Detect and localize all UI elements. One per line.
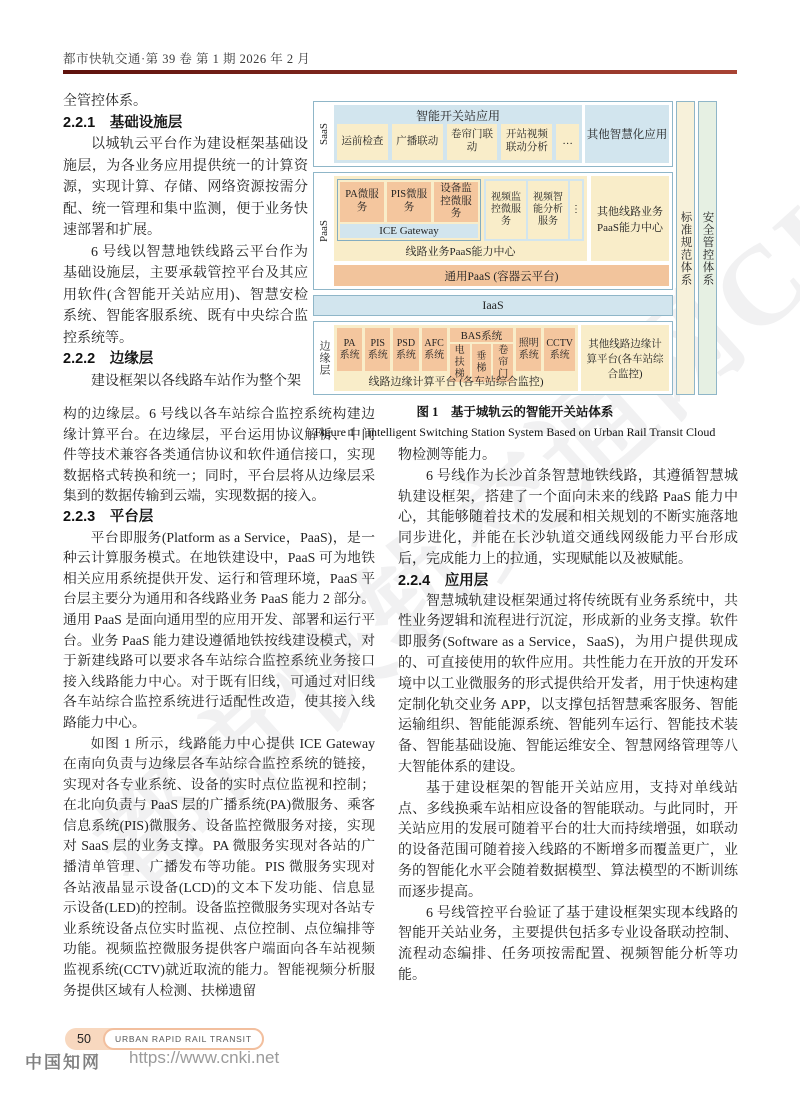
figure-diagram: SaaS 智能开关站应用 运前检查 广播联动 卷帘门联动 开站视频联动分析 … … [313, 101, 717, 395]
left-column-upper: 全管控体系。 2.2.1 基础设施层 以城轨云平台作为建设框架基础设施层，为各业… [63, 91, 308, 392]
saas-layer-label: SaaS [317, 105, 331, 163]
app-chip-video-analysis: 开站视频联动分析 [501, 124, 552, 160]
paragraph: 物检测等能力。 [398, 446, 738, 467]
video-analysis-service-chip: 视频智能分析服务 [528, 181, 568, 239]
standard-spec-text: 标准规范体系 [678, 211, 694, 286]
page-number-badge: 50 URBAN RAPID RAIL TRANSIT [65, 1028, 264, 1050]
paragraph: 基于建设框架的智能开关站应用，支持对单线站点、多线换乘车站相应设备的智能联动。与… [398, 779, 738, 904]
app-chip-shutter-linkage: 卷帘门联动 [447, 124, 498, 160]
microservice-chips: PA微服务 PIS微服务 设备监控微服务 [340, 182, 478, 222]
switching-station-app-group: 智能开关站应用 运前检查 广播联动 卷帘门联动 开站视频联动分析 … [334, 105, 582, 163]
figure-caption-en: Figure 1 Intelligent Switching Station S… [313, 423, 717, 440]
paas-layer-box: PaaS PA微服务 PIS微服务 设备监控微服务 [313, 172, 673, 290]
paas-label-text: PaaS [318, 220, 330, 242]
saas-label-text: SaaS [318, 123, 330, 145]
paragraph: 以城轨云平台作为建设框架基础设施层，为各业务应用提供统一的计算资源，实现计算、存… [63, 134, 308, 242]
paragraph: 如图 1 所示，线路能力中心提供 ICE Gateway 在南向负责与边缘层各车… [63, 734, 375, 1002]
figure-1: SaaS 智能开关站应用 运前检查 广播联动 卷帘门联动 开站视频联动分析 … … [313, 101, 717, 440]
video-services-strip: 视频监控微服务 视频智能分析服务 ⋮ [484, 179, 584, 241]
paragraph: 全管控体系。 [63, 91, 308, 113]
other-line-paas-center-box: 其他线路业务PaaS能力中心 [591, 176, 669, 261]
cnki-url: https://www.cnki.net [129, 1048, 279, 1073]
right-column: 物检测等能力。 6 号线作为长沙首条智慧地铁线路，其遵循智慧城轨建设框架，搭建了… [398, 446, 738, 987]
section-heading-224: 2.2.4 应用层 [398, 571, 738, 592]
video-monitor-microservice-chip: 视频监控微服务 [486, 181, 526, 239]
figure-main-column: SaaS 智能开关站应用 运前检查 广播联动 卷帘门联动 开站视频联动分析 … … [313, 101, 673, 395]
edge-platform-label: 线路边缘计算平台 (各车站综合监控) [337, 373, 575, 388]
cnki-brand: 中国知网 [25, 1048, 101, 1073]
journal-name-en: URBAN RAPID RAIL TRANSIT [103, 1028, 264, 1050]
bas-system-group: BAS系统 电扶梯 垂梯 卷帘门 [450, 328, 514, 371]
app-chip-ellipsis: … [556, 124, 579, 160]
paragraph: 6 号线管控平台验证了基于建设框架实现本线路的智能开关站业务，主要提供包括多专业… [398, 904, 738, 987]
left-column-lower: 构的边缘层。6 号线以各车站综合监控系统构建边缘计算平台。在边缘层，平台运用协议… [63, 404, 375, 1001]
paragraph: 建设框架以各线路车站作为整个架 [63, 371, 308, 393]
page-number: 50 [65, 1032, 103, 1046]
pis-microservice-chip: PIS微服务 [387, 182, 431, 222]
journal-header: 都市快轨交通·第 39 卷 第 1 期 2026 年 2 月 [63, 49, 310, 67]
standard-spec-system-bar: 标准规范体系 [676, 101, 695, 395]
bas-system-title: BAS系统 [450, 328, 514, 342]
cnki-watermark: 中国知网 https://www.cnki.net [25, 1048, 279, 1073]
edge-layer-box: 边缘层 PA系统 PIS系统 PSD系统 AFC系统 BAS系统 电扶梯 [313, 321, 673, 395]
iaas-bar: IaaS [313, 295, 673, 316]
psd-system-chip: PSD系统 [393, 328, 418, 371]
pa-system-chip: PA系统 [337, 328, 362, 371]
section-heading-223: 2.2.3 平台层 [63, 507, 375, 528]
paper-page: 都市快轨交通网CURM 都市快轨交通·第 39 卷 第 1 期 2026 年 2… [0, 0, 800, 1095]
edge-systems-row: PA系统 PIS系统 PSD系统 AFC系统 BAS系统 电扶梯 垂梯 卷帘门 [337, 328, 575, 371]
app-chip-pre-run-check: 运前检查 [337, 124, 388, 160]
pis-system-chip: PIS系统 [365, 328, 390, 371]
app-chip-broadcast-linkage: 广播联动 [392, 124, 443, 160]
paas-content: PA微服务 PIS微服务 设备监控微服务 ICE Gateway 视频监控微服务 [334, 176, 669, 286]
lighting-system-chip: 照明系统 [516, 328, 541, 371]
line-paas-center: PA微服务 PIS微服务 设备监控微服务 ICE Gateway 视频监控微服务 [334, 176, 587, 261]
pa-microservice-chip: PA微服务 [340, 182, 384, 222]
line-paas-center-label: 线路业务PaaS能力中心 [337, 243, 584, 258]
section-heading-221: 2.2.1 基础设施层 [63, 113, 308, 135]
line-paas-inner-row: PA微服务 PIS微服务 设备监控微服务 ICE Gateway 视频监控微服务 [337, 179, 584, 241]
gateway-service-group: PA微服务 PIS微服务 设备监控微服务 ICE Gateway [337, 179, 481, 241]
video-ellipsis-chip: ⋮ [570, 181, 582, 239]
other-smart-apps-box: 其他智慧化应用 [585, 105, 669, 163]
saas-layer-box: SaaS 智能开关站应用 运前检查 广播联动 卷帘门联动 开站视频联动分析 … … [313, 101, 673, 167]
safety-control-text: 安全管控体系 [700, 211, 716, 286]
other-edge-platform-box: 其他线路边缘计算平台(各车站综合监控) [581, 325, 669, 391]
paas-layer-label: PaaS [317, 176, 331, 286]
paragraph: 智慧城轨建设框架通过将传统既有业务系统中，共性业务逻辑和流程进行沉淀，形成新的业… [398, 592, 738, 779]
edge-layer-label: 边缘层 [317, 325, 331, 391]
paragraph: 6 号线以智慧地铁线路云平台作为基础设施层，主要承载管控平台及其应用软件(含智能… [63, 242, 308, 350]
figure-caption-zh: 图 1 基于城轨云的智能开关站体系 [313, 402, 717, 420]
saas-app-items: 运前检查 广播联动 卷帘门联动 开站视频联动分析 … [337, 124, 579, 160]
safety-control-system-bar: 安全管控体系 [698, 101, 717, 395]
paas-upper-row: PA微服务 PIS微服务 设备监控微服务 ICE Gateway 视频监控微服务 [334, 176, 669, 261]
edge-computing-platform: PA系统 PIS系统 PSD系统 AFC系统 BAS系统 电扶梯 垂梯 卷帘门 [334, 325, 578, 391]
edge-label-text: 边缘层 [316, 340, 332, 376]
cctv-system-chip: CCTV系统 [544, 328, 575, 371]
device-monitor-microservice-chip: 设备监控微服务 [434, 182, 478, 222]
section-heading-222: 2.2.2 边缘层 [63, 349, 308, 371]
paragraph: 平台即服务(Platform as a Service，PaaS)，是一种云计算… [63, 528, 375, 734]
common-paas-bar: 通用PaaS (容器云平台) [334, 265, 669, 286]
paragraph: 6 号线作为长沙首条智慧地铁线路，其遵循智慧城轨建设框架，搭建了一个面向未来的线… [398, 467, 738, 571]
saas-group-title: 智能开关站应用 [337, 107, 579, 122]
afc-system-chip: AFC系统 [422, 328, 447, 371]
ice-gateway-bar: ICE Gateway [340, 224, 478, 238]
header-rule [63, 70, 737, 74]
